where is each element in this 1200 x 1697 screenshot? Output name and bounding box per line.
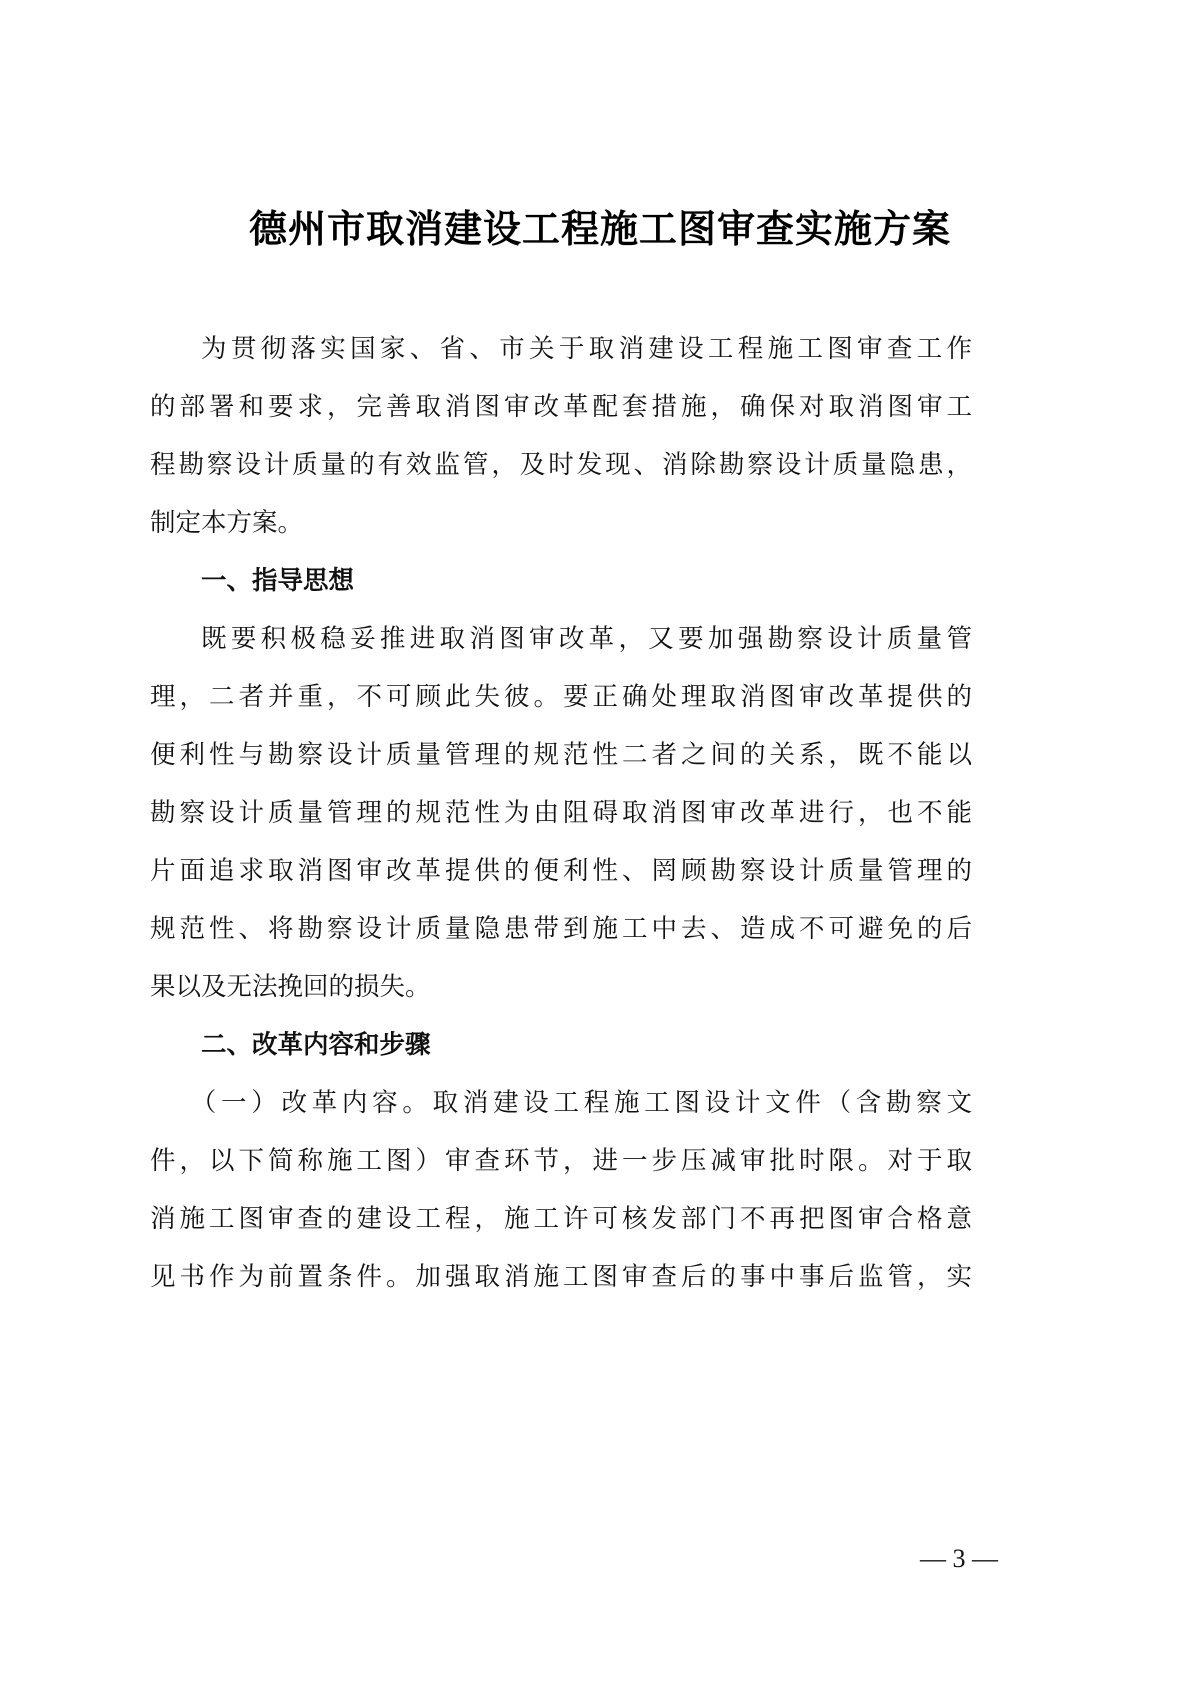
text-line: 果以及无法挽回的损失。 [150, 958, 972, 1016]
text-line: 便利性与勘察设计质量管理的规范性二者之间的关系，既不能以 [150, 726, 972, 784]
text-line: 消施工图审查的建设工程，施工许可核发部门不再把图审合格意 [150, 1190, 972, 1248]
text-line: 既要积极稳妥推进取消图审改革，又要加强勘察设计质量管 [150, 610, 972, 668]
text-line: （一）改革内容。取消建设工程施工图设计文件（含勘察文 [150, 1074, 972, 1132]
section-heading-guiding-ideology: 一、指导思想 [150, 552, 972, 610]
reform-content-paragraph: （一）改革内容。取消建设工程施工图设计文件（含勘察文 件，以下简称施工图）审查环… [150, 1074, 972, 1306]
text-line: 片面追求取消图审改革提供的便利性、罔顾勘察设计质量管理的 [150, 842, 972, 900]
text-line: 勘察设计质量管理的规范性为由阻碍取消图审改革进行，也不能 [150, 784, 972, 842]
text-line: 件，以下简称施工图）审查环节，进一步压减审批时限。对于取 [150, 1132, 972, 1190]
text-line: 见书作为前置条件。加强取消施工图审查后的事中事后监管，实 [150, 1248, 972, 1306]
guiding-ideology-paragraph: 既要积极稳妥推进取消图审改革，又要加强勘察设计质量管 理，二者并重，不可顾此失彼… [150, 610, 972, 1016]
intro-paragraph: 为贯彻落实国家、省、市关于取消建设工程施工图审查工作 的部署和要求，完善取消图审… [150, 320, 972, 552]
text-line: 规范性、将勘察设计质量隐患带到施工中去、造成不可避免的后 [150, 900, 972, 958]
text-line: 程勘察设计质量的有效监管，及时发现、消除勘察设计质量隐患， [150, 436, 972, 494]
text-line: 的部署和要求，完善取消图审改革配套措施，确保对取消图审工 [150, 378, 972, 436]
text-line: 理，二者并重，不可顾此失彼。要正确处理取消图审改革提供的 [150, 668, 972, 726]
page-number: — 3 — [920, 1544, 998, 1574]
document-page: 德州市取消建设工程施工图审查实施方案 为贯彻落实国家、省、市关于取消建设工程施工… [0, 0, 1200, 1697]
document-body: 为贯彻落实国家、省、市关于取消建设工程施工图审查工作 的部署和要求，完善取消图审… [150, 320, 972, 1306]
document-title: 德州市取消建设工程施工图审查实施方案 [0, 198, 1200, 253]
text-line: 为贯彻落实国家、省、市关于取消建设工程施工图审查工作 [150, 320, 972, 378]
section-heading-reform-content: 二、改革内容和步骤 [150, 1016, 972, 1074]
text-line: 制定本方案。 [150, 494, 972, 552]
